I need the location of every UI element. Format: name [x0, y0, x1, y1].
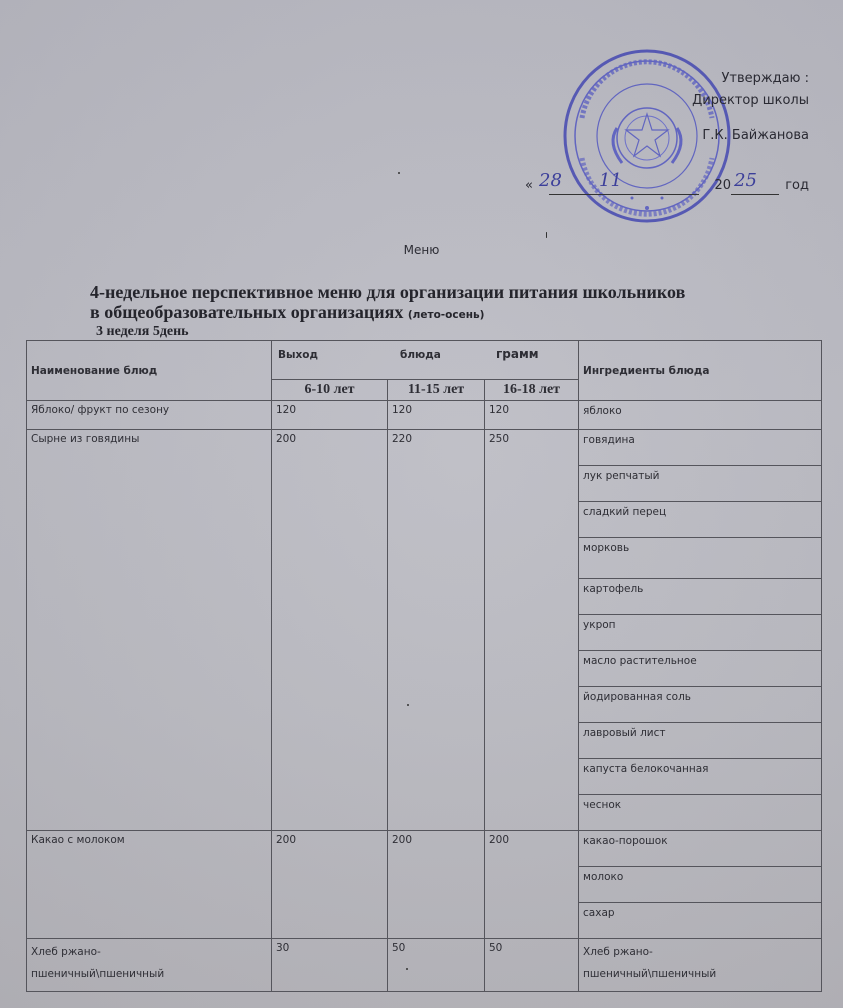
table-row: Какао с молоком 200 200 200 какао-порошо… — [27, 831, 822, 867]
portion-11-15: 50 — [388, 939, 485, 992]
ingredient: капуста белокочанная — [579, 759, 822, 795]
approval-block: Утверждаю : Директор школы Г.К. Байжанов… — [509, 68, 809, 147]
year-underline — [731, 194, 779, 195]
portion-6-10: 200 — [272, 831, 388, 939]
date-day: 28 — [539, 170, 562, 191]
table-row: Яблоко/ фрукт по сезону 120 120 120 ябло… — [27, 401, 822, 430]
ingredient: какао-порошок — [579, 831, 822, 867]
ingredient: молоко — [579, 867, 822, 903]
ingredient: морковь — [579, 538, 822, 579]
portion-16-18: 120 — [485, 401, 579, 430]
speck — [398, 172, 400, 174]
portion-6-10: 200 — [272, 430, 388, 831]
document-title: 4-недельное перспективное меню для орган… — [90, 282, 820, 325]
menu-caption: Меню — [0, 243, 843, 257]
table-row: Хлеб ржано- пшеничный\пшеничный 30 50 50… — [27, 939, 822, 992]
header-dish-name: Наименование блюд — [27, 341, 272, 401]
portion-16-18: 50 — [485, 939, 579, 992]
ingredient: картофель — [579, 579, 822, 615]
ingredient: лук репчатый — [579, 466, 822, 502]
ingredient: Хлеб ржано- пшеничный\пшеничный — [579, 939, 822, 992]
table-row: Сырне из говядины 200 220 250 говядина — [27, 430, 822, 466]
dish-name: Какао с молоком — [27, 831, 272, 939]
header-output-word3: грамм — [496, 347, 539, 361]
ingredient: сахар — [579, 903, 822, 939]
speck — [546, 232, 547, 238]
approval-date: « 28 11 20 25 год — [509, 176, 809, 198]
portion-6-10: 30 — [272, 939, 388, 992]
dish-name: Хлеб ржано- пшеничный\пшеничный — [27, 939, 272, 992]
date-month: 11 — [599, 170, 622, 191]
table-header-row: Наименование блюд Выход блюда грамм Ингр… — [27, 341, 822, 380]
approve-label: Утверждаю : — [509, 68, 809, 90]
dish-name: Яблоко/ фрукт по сезону — [27, 401, 272, 430]
title-line-1: 4-недельное перспективное меню для орган… — [90, 282, 820, 302]
header-output-word1: Выход — [278, 349, 318, 361]
header-ingredients: Ингредиенты блюда — [579, 341, 822, 401]
header-age-11-15: 11-15 лет — [388, 380, 485, 401]
ingredient: йодированная соль — [579, 687, 822, 723]
date-open-quote: « — [525, 178, 533, 193]
header-output: Выход блюда грамм — [272, 341, 579, 380]
ingredient: укроп — [579, 615, 822, 651]
ingredient: сладкий перец — [579, 502, 822, 538]
header-age-6-10: 6-10 лет — [272, 380, 388, 401]
director-name: Г.К. Байжанова — [509, 125, 809, 147]
title-line-2: в общеобразовательных организациях (лето… — [90, 302, 820, 325]
ingredient: чеснок — [579, 795, 822, 831]
date-underline — [549, 194, 699, 195]
header-output-word2: блюда — [400, 349, 441, 361]
director-position: Директор школы — [509, 90, 809, 112]
portion-11-15: 220 — [388, 430, 485, 831]
ingredient: яблоко — [579, 401, 822, 430]
portion-16-18: 200 — [485, 831, 579, 939]
season-label: (лето-осень) — [408, 309, 485, 321]
ingredient: лавровый лист — [579, 723, 822, 759]
portion-16-18: 250 — [485, 430, 579, 831]
portion-6-10: 120 — [272, 401, 388, 430]
date-year-prefix: 20 — [714, 178, 731, 193]
week-day-label: 3 неделя 5день — [96, 324, 189, 340]
menu-table: Наименование блюд Выход блюда грамм Ингр… — [26, 340, 822, 992]
header-age-16-18: 16-18 лет — [485, 380, 579, 401]
ingredient: говядина — [579, 430, 822, 466]
dish-name: Сырне из говядины — [27, 430, 272, 831]
date-year-suffix: год — [785, 178, 809, 193]
portion-11-15: 200 — [388, 831, 485, 939]
date-year: 25 — [734, 170, 757, 191]
portion-11-15: 120 — [388, 401, 485, 430]
ingredient: масло растительное — [579, 651, 822, 687]
